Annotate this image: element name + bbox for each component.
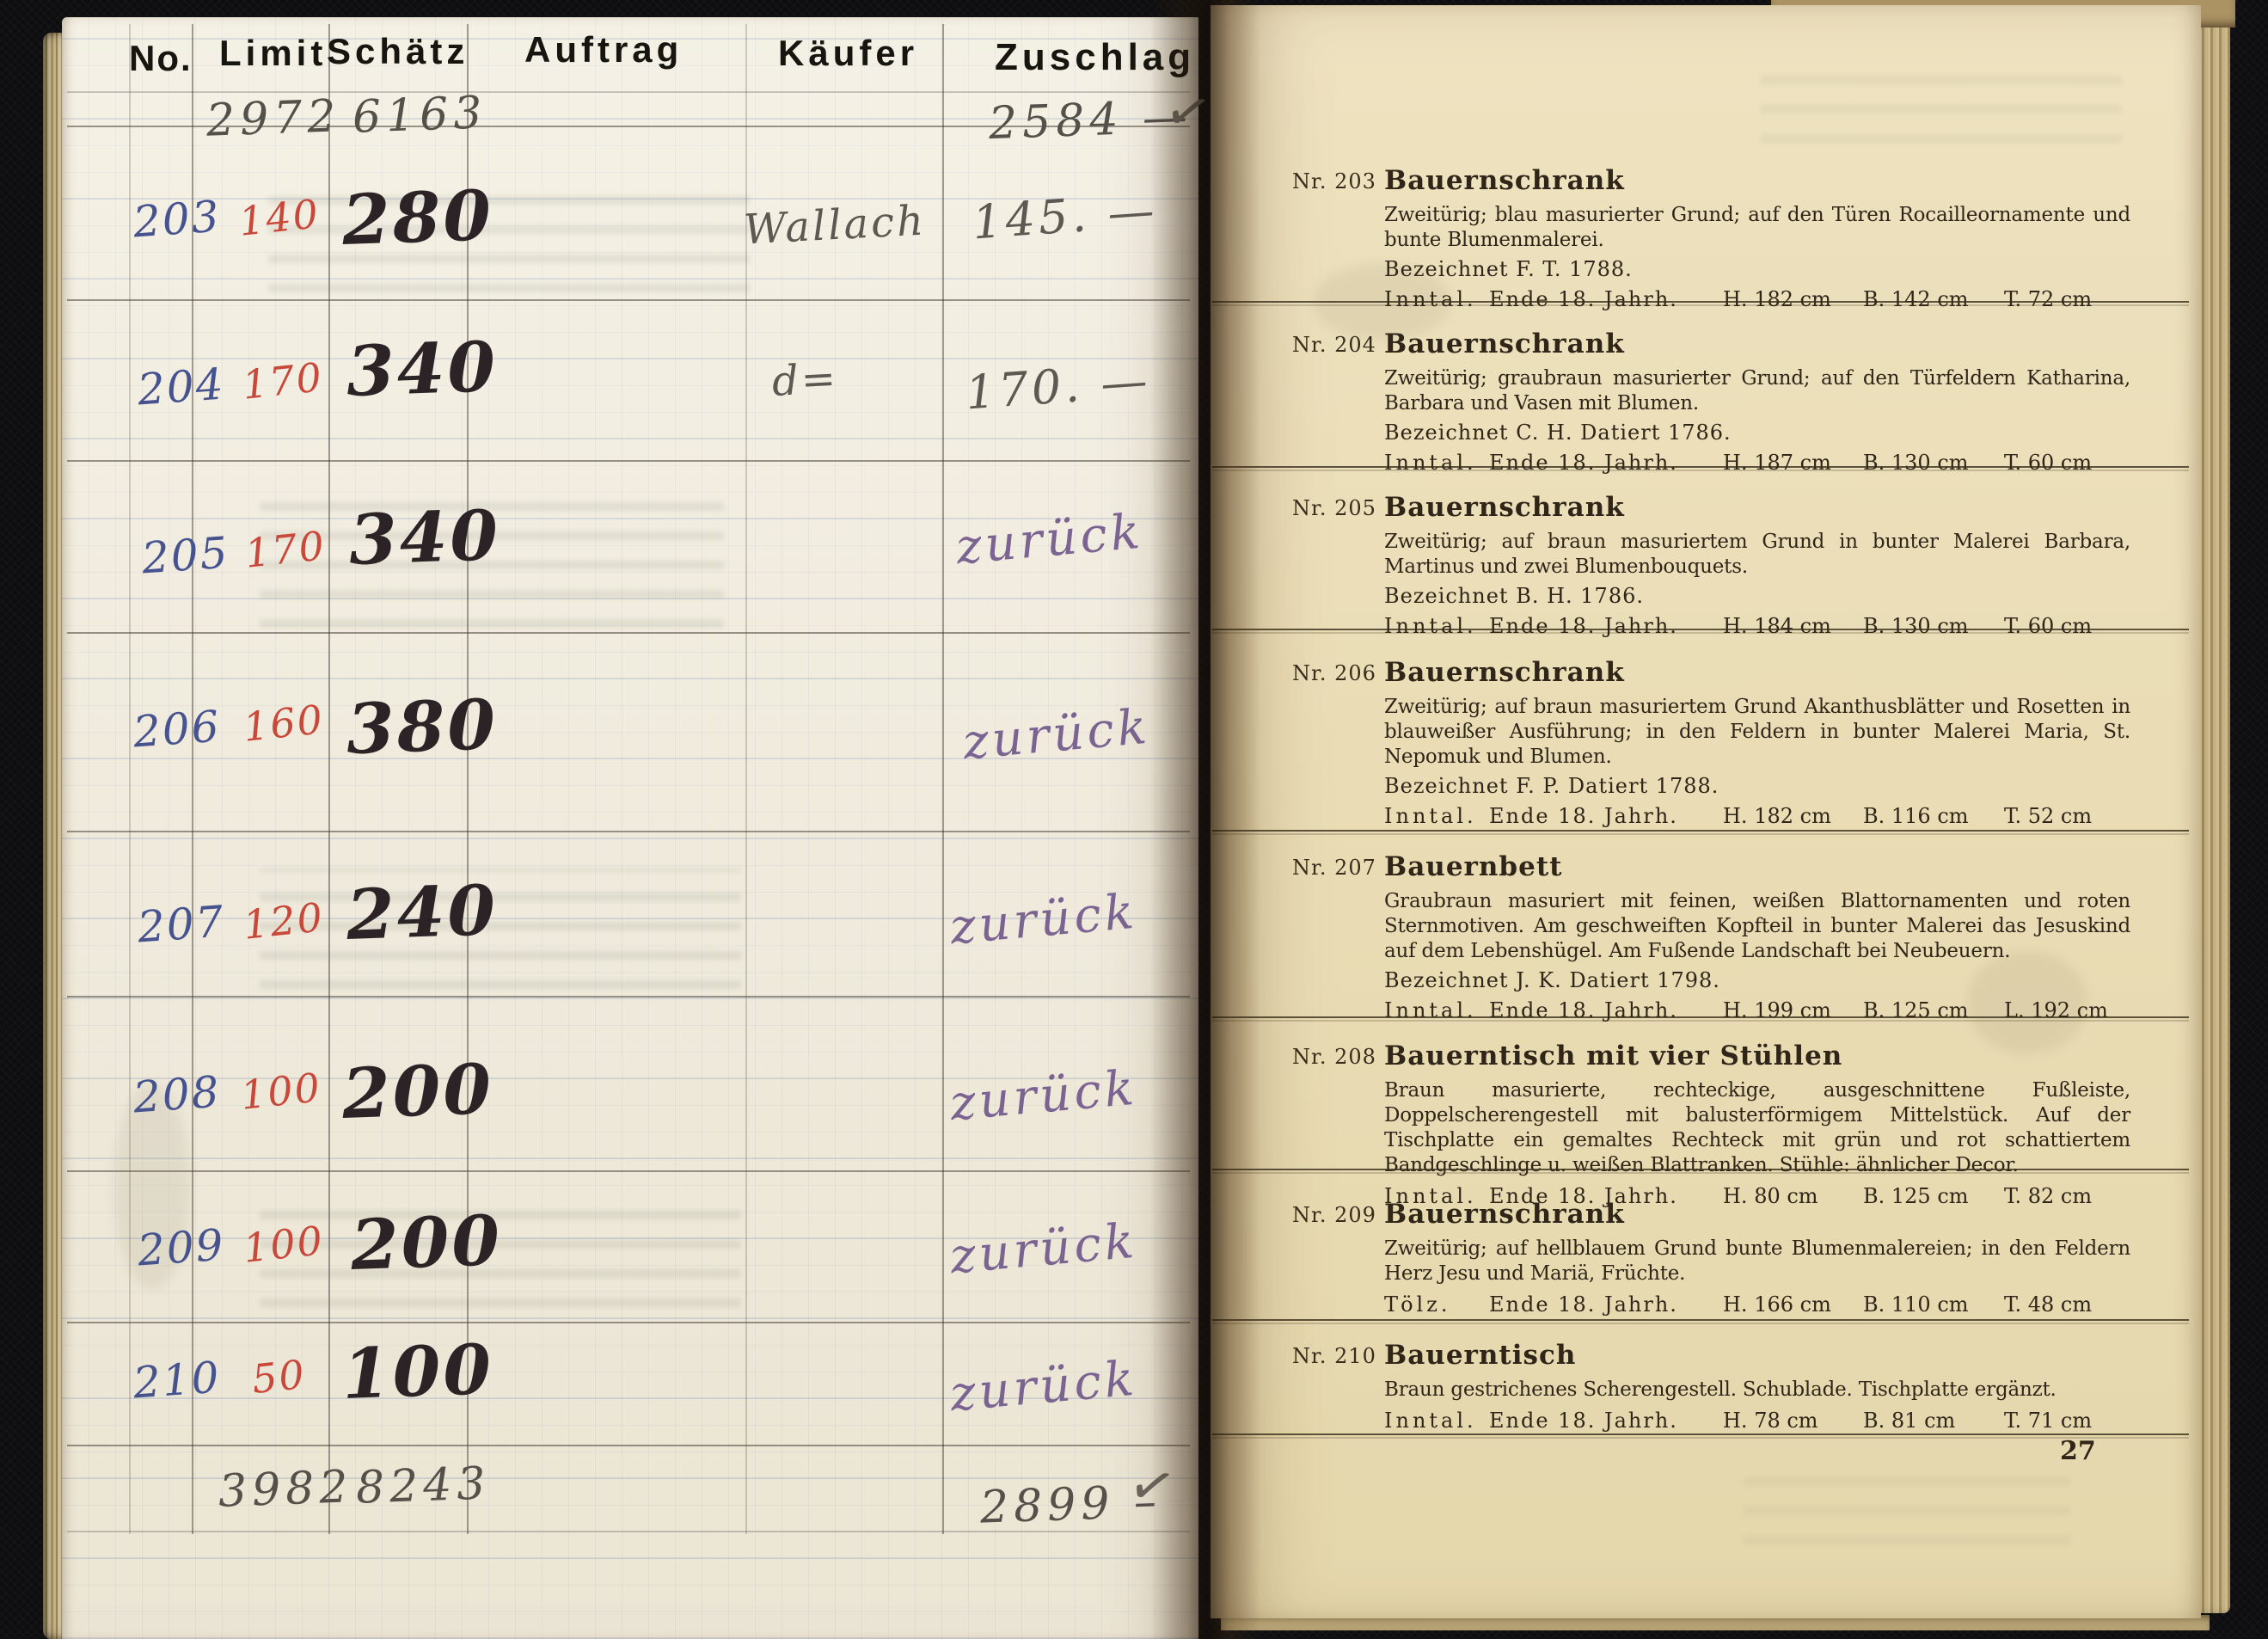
entry-period: Ende 18. Jahrh.	[1489, 1409, 1678, 1433]
entry-width: B. 130 cm	[1863, 451, 1969, 475]
ledger-row-208-limit: 100	[238, 1064, 323, 1119]
entry-body: Bauernschrank Zweitürig; graubraun masur…	[1384, 328, 2130, 476]
entry-separator	[1212, 466, 2189, 468]
catalog-entry-207: Nr. 207 Bauernbett Graubraun masuriert m…	[1292, 851, 2130, 1024]
entry-dimensions: Inntal. Ende 18. Jahrh. H. 187 cm B. 130…	[1384, 451, 2130, 476]
table-hline	[67, 1322, 1190, 1323]
entry-dimensions: Inntal. Ende 18. Jahrh. H. 78 cm B. 81 c…	[1384, 1409, 2130, 1434]
entry-height: H. 187 cm	[1723, 451, 1831, 475]
entry-marks: Bezeichnet C. H. Datiert 1786.	[1384, 420, 2130, 445]
entry-description: Graubraun masuriert mit feinen, weißen B…	[1384, 889, 2130, 964]
ledger-row-205-zuschlag: zurück	[954, 504, 1146, 576]
ledger-row-204-zuschlag: 170. —	[964, 353, 1152, 420]
ledger-row-210-limit: 50	[249, 1351, 308, 1403]
entry-origin: Tölz.	[1384, 1292, 1450, 1317]
entry-depth: T. 72 cm	[2004, 287, 2092, 311]
entry-body: Bauernschrank Zweitürig; blau masurierte…	[1384, 165, 2130, 313]
entry-title: Bauernbett	[1384, 851, 2130, 882]
entry-description: Zweitürig; graubraun masurierter Grund; …	[1384, 366, 2130, 416]
ledger-col-header-limit: Limit	[219, 33, 327, 74]
entry-body: Bauerntisch mit vier Stühlen Braun masur…	[1384, 1040, 2130, 1210]
entry-width: B. 81 cm	[1863, 1409, 1955, 1433]
ledger-row-206-zuschlag: zurück	[961, 699, 1153, 771]
ledger-col-header-no: No.	[129, 38, 193, 79]
entry-body: Bauernschrank Zweitürig; auf hellblauem …	[1384, 1199, 2130, 1318]
ledger-row-206-schaetz: 380	[345, 684, 499, 770]
ledger-col-header-zuschlag: Zuschlag	[995, 36, 1195, 79]
ledger-row-209-zuschlag: zurück	[948, 1213, 1140, 1286]
entry-origin: Inntal.	[1384, 998, 1477, 1022]
ledger-total-limit: 3982	[218, 1461, 353, 1517]
entry-description: Braun masurierte, rechteckige, ausgeschn…	[1384, 1078, 2130, 1178]
entry-marks: Bezeichnet B. H. 1786.	[1384, 584, 2130, 608]
ledger-col-header-kaeufer: Käufer	[778, 33, 918, 74]
bleedthrough-smudge	[268, 181, 750, 292]
ledger-row-203-limit: 140	[236, 190, 322, 245]
ledger-row-208-zuschlag: zurück	[948, 1060, 1140, 1133]
entry-number: Nr. 209	[1292, 1203, 1376, 1227]
catalog-entry-208: Nr. 208 Bauerntisch mit vier Stühlen Bra…	[1292, 1040, 2130, 1210]
ledger-total-checkmark: ✓	[1122, 1451, 1182, 1524]
entry-origin: Inntal.	[1384, 1409, 1477, 1433]
entry-title: Bauernschrank	[1384, 492, 2130, 523]
entry-title: Bauernschrank	[1384, 657, 2130, 688]
entry-title: Bauerntisch	[1384, 1340, 2130, 1371]
entry-width: B. 142 cm	[1863, 287, 1969, 311]
ledger-carry-schaetz: 6163	[352, 87, 487, 143]
table-hline	[67, 299, 1190, 301]
table-vline	[129, 24, 131, 1534]
table-hline	[67, 1170, 1190, 1172]
ledger-row-205-no: 205	[140, 528, 230, 584]
entry-height: H. 199 cm	[1723, 998, 1831, 1022]
ledger-total-schaetz: 8243	[355, 1458, 491, 1513]
entry-body: Bauernbett Graubraun masuriert mit feine…	[1384, 851, 2130, 1024]
entry-height: H. 182 cm	[1723, 804, 1831, 828]
table-vline	[328, 24, 330, 1534]
entry-number: Nr. 203	[1292, 169, 1376, 193]
entry-period: Ende 18. Jahrh.	[1489, 614, 1678, 638]
ledger-carry-limit: 2972	[205, 90, 341, 146]
bleedthrough-smudge	[1744, 1467, 2070, 1544]
catalog-entry-210: Nr. 210 Bauerntisch Braun gestrichenes S…	[1292, 1340, 2130, 1434]
entry-body: Bauerntisch Braun gestrichenes Scherenge…	[1384, 1340, 2130, 1434]
entry-marks: Bezeichnet F. P. Datiert 1788.	[1384, 774, 2130, 798]
table-hline	[67, 831, 1190, 832]
entry-description: Zweitürig; auf braun masuriertem Grund A…	[1384, 695, 2130, 770]
ledger-carry-checkmark: ✓	[1158, 77, 1218, 150]
ledger-row-209-limit: 100	[241, 1217, 326, 1272]
ledger-row-207-no: 207	[136, 897, 226, 953]
entry-dimensions: Inntal. Ende 18. Jahrh. H. 182 cm B. 142…	[1384, 287, 2130, 313]
ledger-col-header-auftrag: Auftrag	[524, 29, 683, 71]
ledger-page: No. Limit Schätz Auftrag Käufer Zuschlag…	[62, 17, 1198, 1639]
entry-dimensions: Tölz. Ende 18. Jahrh. H. 166 cm B. 110 c…	[1384, 1292, 2130, 1318]
entry-separator	[1212, 301, 2189, 303]
table-vline	[192, 24, 193, 1534]
ledger-row-203-no: 203	[132, 192, 222, 248]
entry-depth: T. 60 cm	[2004, 614, 2092, 638]
entry-number: Nr. 210	[1292, 1344, 1376, 1368]
table-hline	[67, 632, 1190, 634]
entry-marks: Bezeichnet F. T. 1788.	[1384, 257, 2130, 281]
entry-number: Nr. 207	[1292, 856, 1376, 880]
entry-title: Bauernschrank	[1384, 165, 2130, 196]
entry-body: Bauernschrank Zweitürig; auf braun masur…	[1384, 492, 2130, 640]
entry-separator	[1212, 629, 2189, 630]
entry-origin: Inntal.	[1384, 804, 1477, 828]
catalog-entry-204: Nr. 204 Bauernschrank Zweitürig; graubra…	[1292, 328, 2130, 476]
ledger-row-204-schaetz: 340	[345, 326, 499, 412]
entry-number: Nr. 205	[1292, 496, 1376, 520]
ledger-row-207-schaetz: 240	[345, 869, 499, 955]
entry-dimensions: Inntal. Ende 18. Jahrh. H. 199 cm B. 125…	[1384, 998, 2130, 1024]
entry-separator	[1212, 1433, 2189, 1435]
entry-length: L. 192 cm	[2004, 998, 2108, 1022]
entry-width: B. 110 cm	[1863, 1292, 1969, 1317]
entry-number: Nr. 208	[1292, 1045, 1376, 1069]
ledger-row-207-limit: 120	[241, 893, 326, 948]
page-number: 27	[2060, 1436, 2096, 1466]
ledger-row-207-zuschlag: zurück	[948, 884, 1140, 956]
entry-number: Nr. 204	[1292, 333, 1376, 357]
ledger-row-210-no: 210	[132, 1353, 222, 1409]
entry-depth: T. 71 cm	[2004, 1409, 2092, 1433]
entry-depth: T. 52 cm	[2004, 804, 2092, 828]
entry-depth: T. 60 cm	[2004, 451, 2092, 475]
ledger-row-205-limit: 170	[242, 522, 328, 577]
ledger-row-210-zuschlag: zurück	[948, 1351, 1140, 1423]
ledger-row-206-limit: 160	[241, 696, 326, 751]
entry-number: Nr. 206	[1292, 661, 1376, 685]
table-vline	[942, 24, 944, 1534]
entry-height: H. 184 cm	[1723, 614, 1831, 638]
entry-title: Bauernschrank	[1384, 1199, 2130, 1230]
ledger-row-210-schaetz: 100	[340, 1329, 494, 1415]
entry-depth: T. 48 cm	[2004, 1292, 2092, 1317]
catalog-entry-206: Nr. 206 Bauernschrank Zweitürig; auf bra…	[1292, 657, 2130, 830]
entry-period: Ende 18. Jahrh.	[1489, 451, 1678, 475]
entry-width: B. 116 cm	[1863, 804, 1969, 828]
entry-title: Bauerntisch mit vier Stühlen	[1384, 1040, 2130, 1071]
entry-period: Ende 18. Jahrh.	[1489, 287, 1678, 311]
ledger-row-204-no: 204	[136, 359, 226, 415]
ledger-row-209-schaetz: 200	[349, 1200, 503, 1286]
table-hline	[67, 460, 1190, 462]
entry-description: Zweitürig; auf hellblauem Grund bunte Bl…	[1384, 1237, 2130, 1286]
catalog-entry-209: Nr. 209 Bauernschrank Zweitürig; auf hel…	[1292, 1199, 2130, 1318]
entry-period: Ende 18. Jahrh.	[1489, 804, 1678, 828]
entry-height: H. 78 cm	[1723, 1409, 1818, 1433]
ledger-row-208-no: 208	[132, 1067, 222, 1123]
table-hline	[67, 996, 1190, 998]
entry-height: H. 182 cm	[1723, 287, 1831, 311]
entry-marks: Bezeichnet J. K. Datiert 1798.	[1384, 968, 2130, 992]
table-hline	[67, 91, 1190, 93]
ledger-row-203-kaeufer: Wallach	[743, 196, 928, 254]
ledger-row-208-schaetz: 200	[340, 1048, 494, 1134]
entry-body: Bauernschrank Zweitürig; auf braun masur…	[1384, 657, 2130, 830]
ledger-row-206-no: 206	[132, 702, 222, 758]
entry-description: Braun gestrichenes Scherengestell. Schub…	[1384, 1378, 2130, 1403]
ledger-row-203-schaetz: 280	[340, 175, 494, 261]
entry-origin: Inntal.	[1384, 287, 1477, 311]
bleedthrough-smudge	[260, 869, 741, 989]
entry-width: B. 130 cm	[1863, 614, 1969, 638]
entry-separator	[1212, 830, 2189, 832]
entry-period: Ende 18. Jahrh.	[1489, 998, 1678, 1022]
entry-origin: Inntal.	[1384, 451, 1477, 475]
entry-description: Zweitürig; auf braun masuriertem Grund i…	[1384, 530, 2130, 580]
entry-title: Bauernschrank	[1384, 328, 2130, 359]
ledger-row-209-no: 209	[136, 1220, 226, 1276]
catalog-entry-203: Nr. 203 Bauernschrank Zweitürig; blau ma…	[1292, 165, 2130, 313]
entry-width: B. 125 cm	[1863, 998, 1969, 1022]
entry-dimensions: Inntal. Ende 18. Jahrh. H. 182 cm B. 116…	[1384, 804, 2130, 830]
ledger-row-204-limit: 170	[240, 353, 325, 408]
ledger-col-header-schaetz: Schätz	[327, 31, 469, 72]
ledger-row-205-schaetz: 340	[347, 494, 501, 580]
entry-separator	[1212, 1169, 2189, 1170]
open-auction-ledger-book: No. Limit Schätz Auftrag Käufer Zuschlag…	[0, 0, 2268, 1639]
catalog-page: Nr. 203 Bauernschrank Zweitürig; blau ma…	[1211, 5, 2201, 1618]
entry-separator	[1212, 1319, 2189, 1321]
entry-height: H. 166 cm	[1723, 1292, 1831, 1317]
catalog-entry-205: Nr. 205 Bauernschrank Zweitürig; auf bra…	[1292, 492, 2130, 640]
entry-period: Ende 18. Jahrh.	[1489, 1292, 1678, 1317]
entry-dimensions: Inntal. Ende 18. Jahrh. H. 184 cm B. 130…	[1384, 614, 2130, 640]
bleedthrough-smudge	[1761, 57, 2122, 143]
ledger-row-204-kaeufer-ditto: d=	[771, 354, 840, 406]
entry-origin: Inntal.	[1384, 614, 1477, 638]
table-hline	[67, 1445, 1190, 1446]
entry-separator	[1212, 1016, 2189, 1018]
ledger-row-203-zuschlag: 145. —	[971, 183, 1159, 250]
entry-description: Zweitürig; blau masurierter Grund; auf d…	[1384, 203, 2130, 253]
